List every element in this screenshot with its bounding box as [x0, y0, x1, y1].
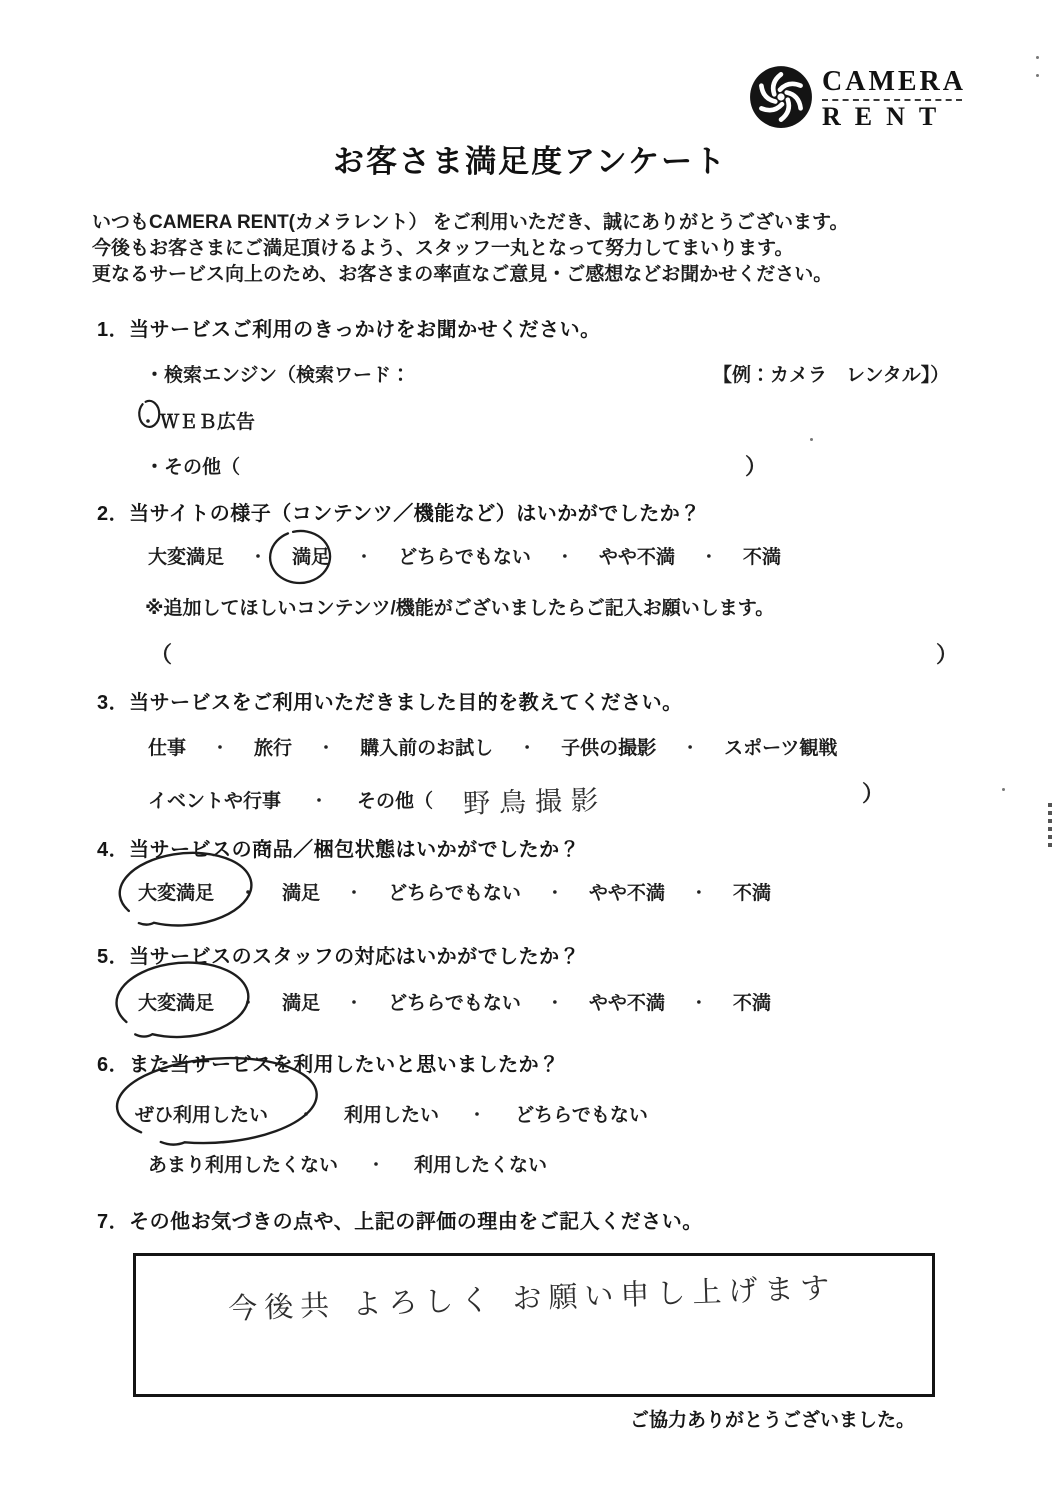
purpose-option: スポーツ観戦	[724, 733, 837, 760]
q1-option-search-engine: ・検索エンジン（検索ワード：	[145, 360, 410, 387]
scan-artifact-dot	[1036, 56, 1039, 59]
q4-rating-row: 大変満足 ・ 満足 ・ どちらでもない ・ やや不満 ・ 不満	[138, 878, 771, 905]
q3-purpose-row-2: イベントや行事 ・ その他（ 野鳥撮影	[148, 780, 607, 819]
separator-dot: ・	[682, 735, 698, 758]
separator-dot: ・	[469, 1102, 485, 1125]
q5-rating-row: 大変満足 ・ 満足 ・ どちらでもない ・ やや不満 ・ 不満	[138, 988, 771, 1015]
q6-row-1: ぜひ利用したい ・ 利用したい ・ どちらでもない	[135, 1100, 648, 1127]
rating-option: 大変満足	[148, 542, 224, 569]
logo-text: CAMERA RENT	[822, 64, 966, 131]
separator-dot: ・	[519, 735, 535, 758]
separator-dot: ・	[240, 990, 256, 1013]
q1-web-bullet: ・	[140, 409, 156, 432]
rating-option: やや不満	[589, 878, 665, 905]
intro-line-3: 更なるサービス向上のため、お客さまの率直なご意見・ご感想などお聞かせください。	[92, 262, 849, 288]
aperture-icon	[748, 64, 814, 135]
separator-dot: ・	[691, 990, 707, 1013]
q3-other-close-paren: ）	[862, 777, 884, 808]
footer-thanks: ご協力ありがとうございました。	[630, 1405, 915, 1432]
purpose-option: イベントや行事	[148, 786, 281, 813]
separator-dot: ・	[212, 735, 228, 758]
q5-heading: 5．当サービスのスタッフの対応はいかがでしたか？	[97, 940, 580, 969]
q2-heading: 2．当サイトの様子（コンテンツ／機能など）はいかがでしたか？	[97, 497, 701, 526]
camera-rent-logo: CAMERA RENT	[748, 64, 966, 135]
q2-rating-row: 大変満足 ・ 満足 ・ どちらでもない ・ やや不満 ・ 不満	[148, 542, 781, 569]
scan-artifact-dot	[810, 438, 813, 441]
logo-line-camera: CAMERA	[822, 68, 966, 96]
q1-search-example: 【例：カメラ レンタル】）	[713, 360, 949, 387]
q4-heading: 4．当サービスの商品／梱包状態はいかがでしたか？	[97, 833, 580, 862]
rating-option-selected: 満足	[292, 542, 330, 569]
separator-dot: ・	[346, 990, 362, 1013]
scan-artifact-dashes	[1048, 803, 1052, 849]
separator-dot: ・	[368, 1152, 384, 1175]
rating-option: どちらでもない	[398, 542, 531, 569]
rating-option: 満足	[282, 988, 320, 1015]
separator-dot: ・	[298, 1102, 314, 1125]
q7-handwritten-comment: 今後共 よろしく お願い申し上げます	[227, 1265, 836, 1327]
reuse-option: あまり利用したくない	[148, 1150, 338, 1177]
separator-dot: ・	[557, 544, 573, 567]
separator-dot: ・	[250, 544, 266, 567]
rating-option-selected: 大変満足	[138, 988, 214, 1015]
reuse-option: どちらでもない	[515, 1100, 648, 1127]
separator-dot: ・	[311, 788, 327, 811]
purpose-option: 購入前のお試し	[360, 733, 493, 760]
q2-close-paren: ）	[936, 638, 958, 669]
purpose-option: 旅行	[254, 733, 292, 760]
reuse-option: 利用したくない	[414, 1150, 547, 1177]
reuse-option: 利用したい	[344, 1100, 439, 1127]
scan-artifact-dot	[1036, 74, 1039, 77]
q1-heading: 1．当サービスご利用のきっかけをお聞かせください。	[97, 313, 601, 342]
q6-row-2: あまり利用したくない ・ 利用したくない	[148, 1150, 547, 1177]
rating-option: やや不満	[589, 988, 665, 1015]
q1-other-close-paren: ）	[745, 450, 767, 481]
q7-comment-box: 今後共 よろしく お願い申し上げます	[133, 1253, 935, 1397]
rating-option: 不満	[733, 878, 771, 905]
q1-web-label: ＷＥＢ広告	[160, 407, 255, 434]
purpose-option: 子供の撮影	[561, 733, 656, 760]
purpose-option: 仕事	[148, 733, 186, 760]
rating-option: 不満	[743, 542, 781, 569]
q3-purpose-row-1: 仕事 ・ 旅行 ・ 購入前のお試し ・ 子供の撮影 ・ スポーツ観戦	[148, 733, 837, 760]
rating-option: 満足	[282, 878, 320, 905]
separator-dot: ・	[318, 735, 334, 758]
q6-heading: 6．また当サービスを利用したいと思いましたか？	[97, 1048, 560, 1077]
q7-heading: 7．その他お気づきの点や、上記の評価の理由をご記入ください。	[97, 1205, 703, 1234]
rating-option: どちらでもない	[388, 988, 521, 1015]
rating-option: どちらでもない	[388, 878, 521, 905]
rating-option: 不満	[733, 988, 771, 1015]
intro-line-1: いつもCAMERA RENT(カメラレント） をご利用いただき、誠にありがとうご…	[92, 210, 849, 236]
scan-artifact-dot	[1002, 788, 1005, 791]
survey-scan-page: CAMERA RENT お客さま満足度アンケート いつもCAMERA RENT(…	[0, 0, 1060, 1496]
intro-line-2: 今後もお客さまにご満足頂けるよう、スタッフ一丸となって努力してまいります。	[92, 236, 849, 262]
separator-dot: ・	[547, 880, 563, 903]
q1-option-web-ad: ・ ＷＥＢ広告	[140, 407, 255, 434]
separator-dot: ・	[547, 990, 563, 1013]
separator-dot: ・	[701, 544, 717, 567]
separator-dot: ・	[346, 880, 362, 903]
q3-heading: 3．当サービスをご利用いただきました目的を教えてください。	[97, 686, 683, 715]
logo-divider	[822, 99, 962, 101]
separator-dot: ・	[691, 880, 707, 903]
q3-other-handwritten-answer: 野鳥撮影	[463, 778, 608, 821]
separator-dot: ・	[240, 880, 256, 903]
separator-dot: ・	[356, 544, 372, 567]
q3-other-label: その他（	[357, 786, 433, 813]
intro-paragraph: いつもCAMERA RENT(カメラレント） をご利用いただき、誠にありがとうご…	[92, 210, 849, 288]
q2-note: ※追加してほしいコンテンツ/機能がございましたらご記入お願いします。	[145, 593, 774, 620]
rating-option-selected: 大変満足	[138, 878, 214, 905]
logo-line-rent: RENT	[822, 103, 966, 131]
q2-open-paren: （	[150, 638, 172, 669]
rating-option: やや不満	[599, 542, 675, 569]
reuse-option-selected: ぜひ利用したい	[135, 1100, 268, 1127]
q1-option-other: ・その他（	[145, 452, 240, 479]
page-title: お客さま満足度アンケート	[333, 136, 727, 181]
